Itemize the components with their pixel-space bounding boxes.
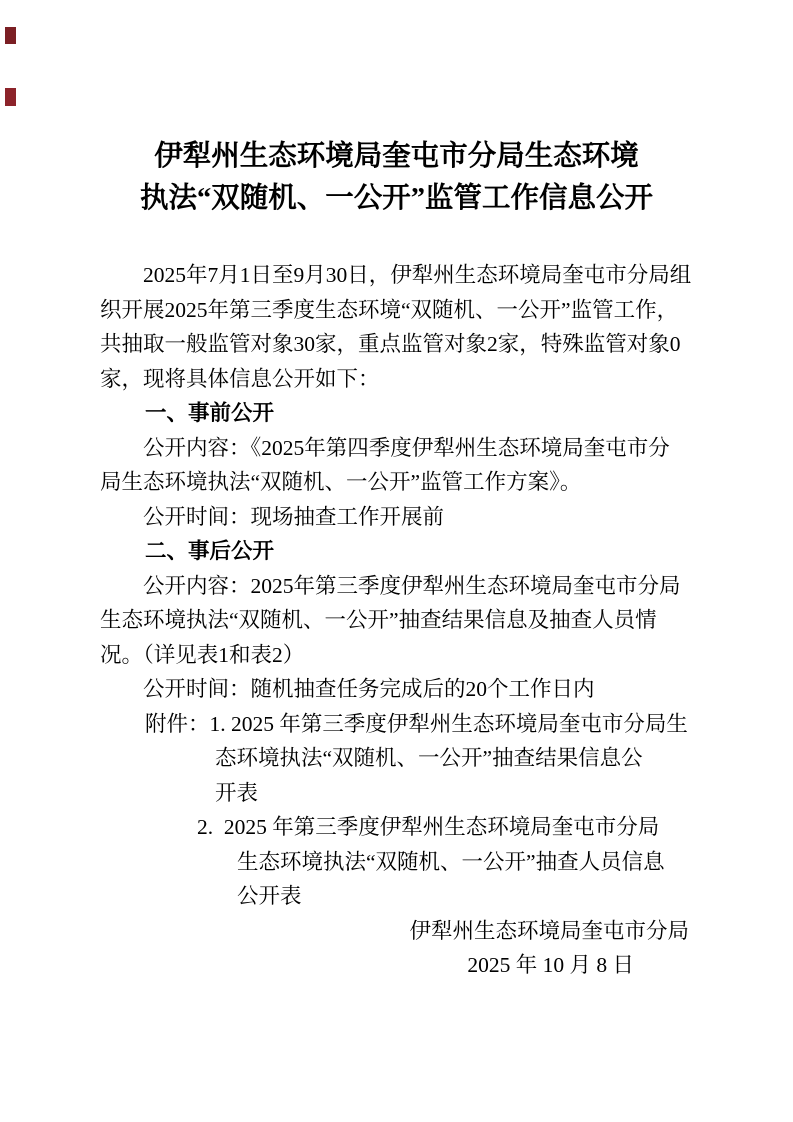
document-body: 2025年7月1日至9月30日，伊犁州生态环境局奎屯市分局组织开展2025年第三… bbox=[100, 258, 702, 983]
text-line: 共抽取一般监管对象30家，重点监管对象2家，特殊监管对象0 bbox=[100, 327, 702, 362]
text-line: 2025年7月1日至9月30日，伊犁州生态环境局奎屯市分局组 bbox=[100, 258, 702, 293]
text-line: 开表 bbox=[100, 776, 702, 811]
text-line: 家，现将具体信息公开如下： bbox=[100, 362, 702, 397]
text-line: 生态环境执法“双随机、一公开”抽查人员信息 bbox=[100, 845, 702, 880]
text-line: 织开展2025年第三季度生态环境“双随机、一公开”监管工作， bbox=[100, 293, 702, 328]
text-line: 公开内容：《2025年第四季度伊犁州生态环境局奎屯市分 bbox=[100, 431, 702, 466]
text-line: 公开内容：2025年第三季度伊犁州生态环境局奎屯市分局 bbox=[100, 569, 702, 604]
signature-org: 伊犁州生态环境局奎屯市分局 bbox=[100, 914, 702, 949]
section-heading: 一、事前公开 bbox=[100, 396, 702, 431]
text-line: 公开时间：现场抽查工作开展前 bbox=[100, 500, 702, 535]
section-heading: 二、事后公开 bbox=[100, 534, 702, 569]
corner-mark bbox=[5, 27, 16, 44]
text-line: 公开时间：随机抽查任务完成后的20个工作日内 bbox=[100, 672, 702, 707]
corner-mark bbox=[5, 88, 16, 106]
text-line: 附件：1. 2025 年第三季度伊犁州生态环境局奎屯市分局生 bbox=[100, 707, 702, 742]
document-title: 伊犁州生态环境局奎屯市分局生态环境 执法“双随机、一公开”监管工作信息公开 bbox=[0, 136, 793, 220]
document-title-line1: 伊犁州生态环境局奎屯市分局生态环境 bbox=[0, 136, 793, 178]
signature-date: 2025 年 10 月 8 日 bbox=[100, 948, 702, 983]
text-line: 生态环境执法“双随机、一公开”抽查结果信息及抽查人员情 bbox=[100, 603, 702, 638]
text-line: 公开表 bbox=[100, 879, 702, 914]
text-line: 2. 2025 年第三季度伊犁州生态环境局奎屯市分局 bbox=[100, 810, 702, 845]
text-line: 局生态环境执法“双随机、一公开”监管工作方案》。 bbox=[100, 465, 702, 500]
text-line: 况。（详见表1和表2） bbox=[100, 638, 702, 673]
document-title-line2: 执法“双随机、一公开”监管工作信息公开 bbox=[0, 178, 793, 220]
text-line: 态环境执法“双随机、一公开”抽查结果信息公 bbox=[100, 741, 702, 776]
document-page: 伊犁州生态环境局奎屯市分局生态环境 执法“双随机、一公开”监管工作信息公开 20… bbox=[0, 0, 793, 1122]
